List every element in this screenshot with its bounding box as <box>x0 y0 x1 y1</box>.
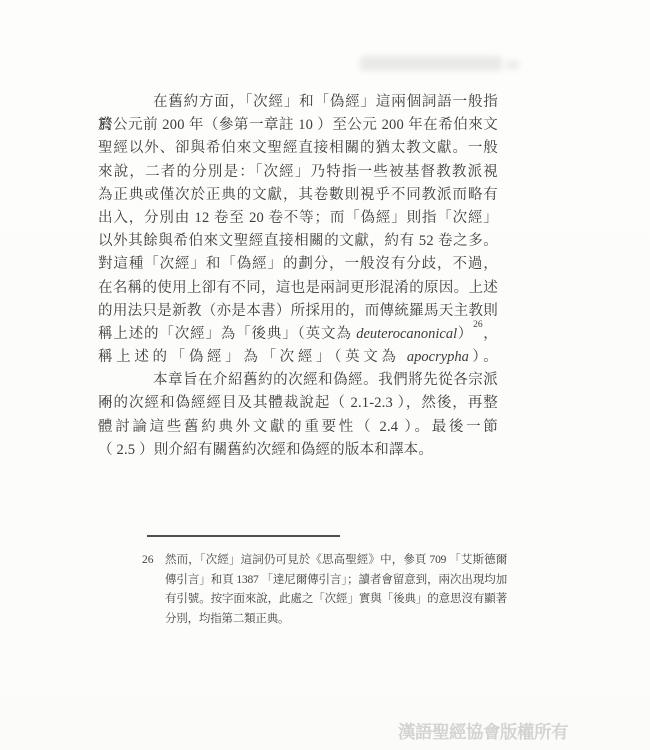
ghost-header-showthrough <box>360 56 502 71</box>
footnote-line: 分別，均指第二類正典。 <box>165 610 507 630</box>
italic-latin-term: apocrypha <box>407 349 469 365</box>
text-line: 本章旨在介紹舊約的次經和偽經。我們將先從各宗派不 <box>98 369 498 392</box>
body-text: 在舊約方面，「次經」和「偽經」這兩個詞語一般指寫 於公元前 200 年（參第一章… <box>98 91 498 462</box>
text-line: 同的次經和偽經經目及其體裁說起（ 2.1-2.3 ），然後，再整 <box>98 392 498 415</box>
line-text: 稱上述的「偽經」為「次經」（英文為 <box>98 349 407 365</box>
footnote-line: 傳引言」和頁 1387 「達尼爾傳引言」；讀者會留意到，兩次出現均加 <box>165 571 507 591</box>
paragraph-1: 在舊約方面，「次經」和「偽經」這兩個詞語一般指寫 於公元前 200 年（參第一章… <box>98 91 498 369</box>
footnote-line: 有引號。按字面來說，此處之「次經」實與「後典」的意思沒有顯著 <box>165 590 507 610</box>
text-line: 體討論這些舊約典外文獻的重要性（ 2.4 ）。最後一節 <box>98 416 498 439</box>
text-line: 聖經以外、卻與希伯來文聖經直接相關的猶太教文獻。一般 <box>98 137 498 160</box>
footnote-line: 然而，「次經」這詞仍可見於《思高聖經》中，參頁 709 「艾斯德爾 <box>165 551 507 571</box>
page: 在舊約方面，「次經」和「偽經」這兩個詞語一般指寫 於公元前 200 年（參第一章… <box>0 0 650 750</box>
footnote-separator <box>147 535 340 537</box>
italic-latin-term: deuterocanonical <box>356 326 457 342</box>
text-line: 為正典或僅次於正典的文獻，其卷數則視乎不同教派而略有 <box>98 184 498 207</box>
copyright-watermark: 漢語聖經協會版權所有 <box>398 719 568 744</box>
footnote-ref-26: 26 <box>473 320 483 330</box>
line-text: ）。 <box>469 349 498 365</box>
text-line: 以外其餘與希伯來文聖經直接相關的文獻，約有 52 卷之多。 <box>98 230 498 253</box>
text-line: 出入，分別由 12 卷至 20 卷不等；而「偽經」則指「次經」 <box>98 207 498 230</box>
text-line: 在名稱的使用上卻有不同，這也是兩詞更形混淆的原因。上述 <box>98 277 498 300</box>
line-text: 稱上述的「次經」為「後典」（英文為 <box>98 326 356 342</box>
text-line: 的用法只是新教（亦是本書）所採用的，而傳統羅馬天主教則 <box>98 300 498 323</box>
text-line: 對這種「次經」和「偽經」的劃分，一般沒有分歧，不過， <box>98 253 498 276</box>
footnote: 然而，「次經」這詞仍可見於《思高聖經》中，參頁 709 「艾斯德爾 傳引言」和頁… <box>165 551 507 630</box>
text-line: 來說，二者的分別是：「次經」乃特指一些被基督教教派視 <box>98 161 498 184</box>
text-line: 稱上述的「偽經」為「次經」（英文為 apocrypha）。 <box>98 346 498 369</box>
line-text: ， <box>483 326 498 342</box>
line-text: ） <box>457 326 473 342</box>
text-line: 稱上述的「次經」為「後典」（英文為 deuterocanonical）26， <box>98 323 498 346</box>
footnote-marker: 26 <box>142 551 154 571</box>
paragraph-2: 本章旨在介紹舊約的次經和偽經。我們將先從各宗派不 同的次經和偽經經目及其體裁說起… <box>98 369 498 462</box>
text-line: 於公元前 200 年（參第一章註 10 ）至公元 200 年在希伯來文 <box>98 114 498 137</box>
text-line: （ 2.5 ）則介紹有關舊約次經和偽經的版本和譯本。 <box>98 439 498 462</box>
text-line: 在舊約方面，「次經」和「偽經」這兩個詞語一般指寫 <box>98 91 498 114</box>
